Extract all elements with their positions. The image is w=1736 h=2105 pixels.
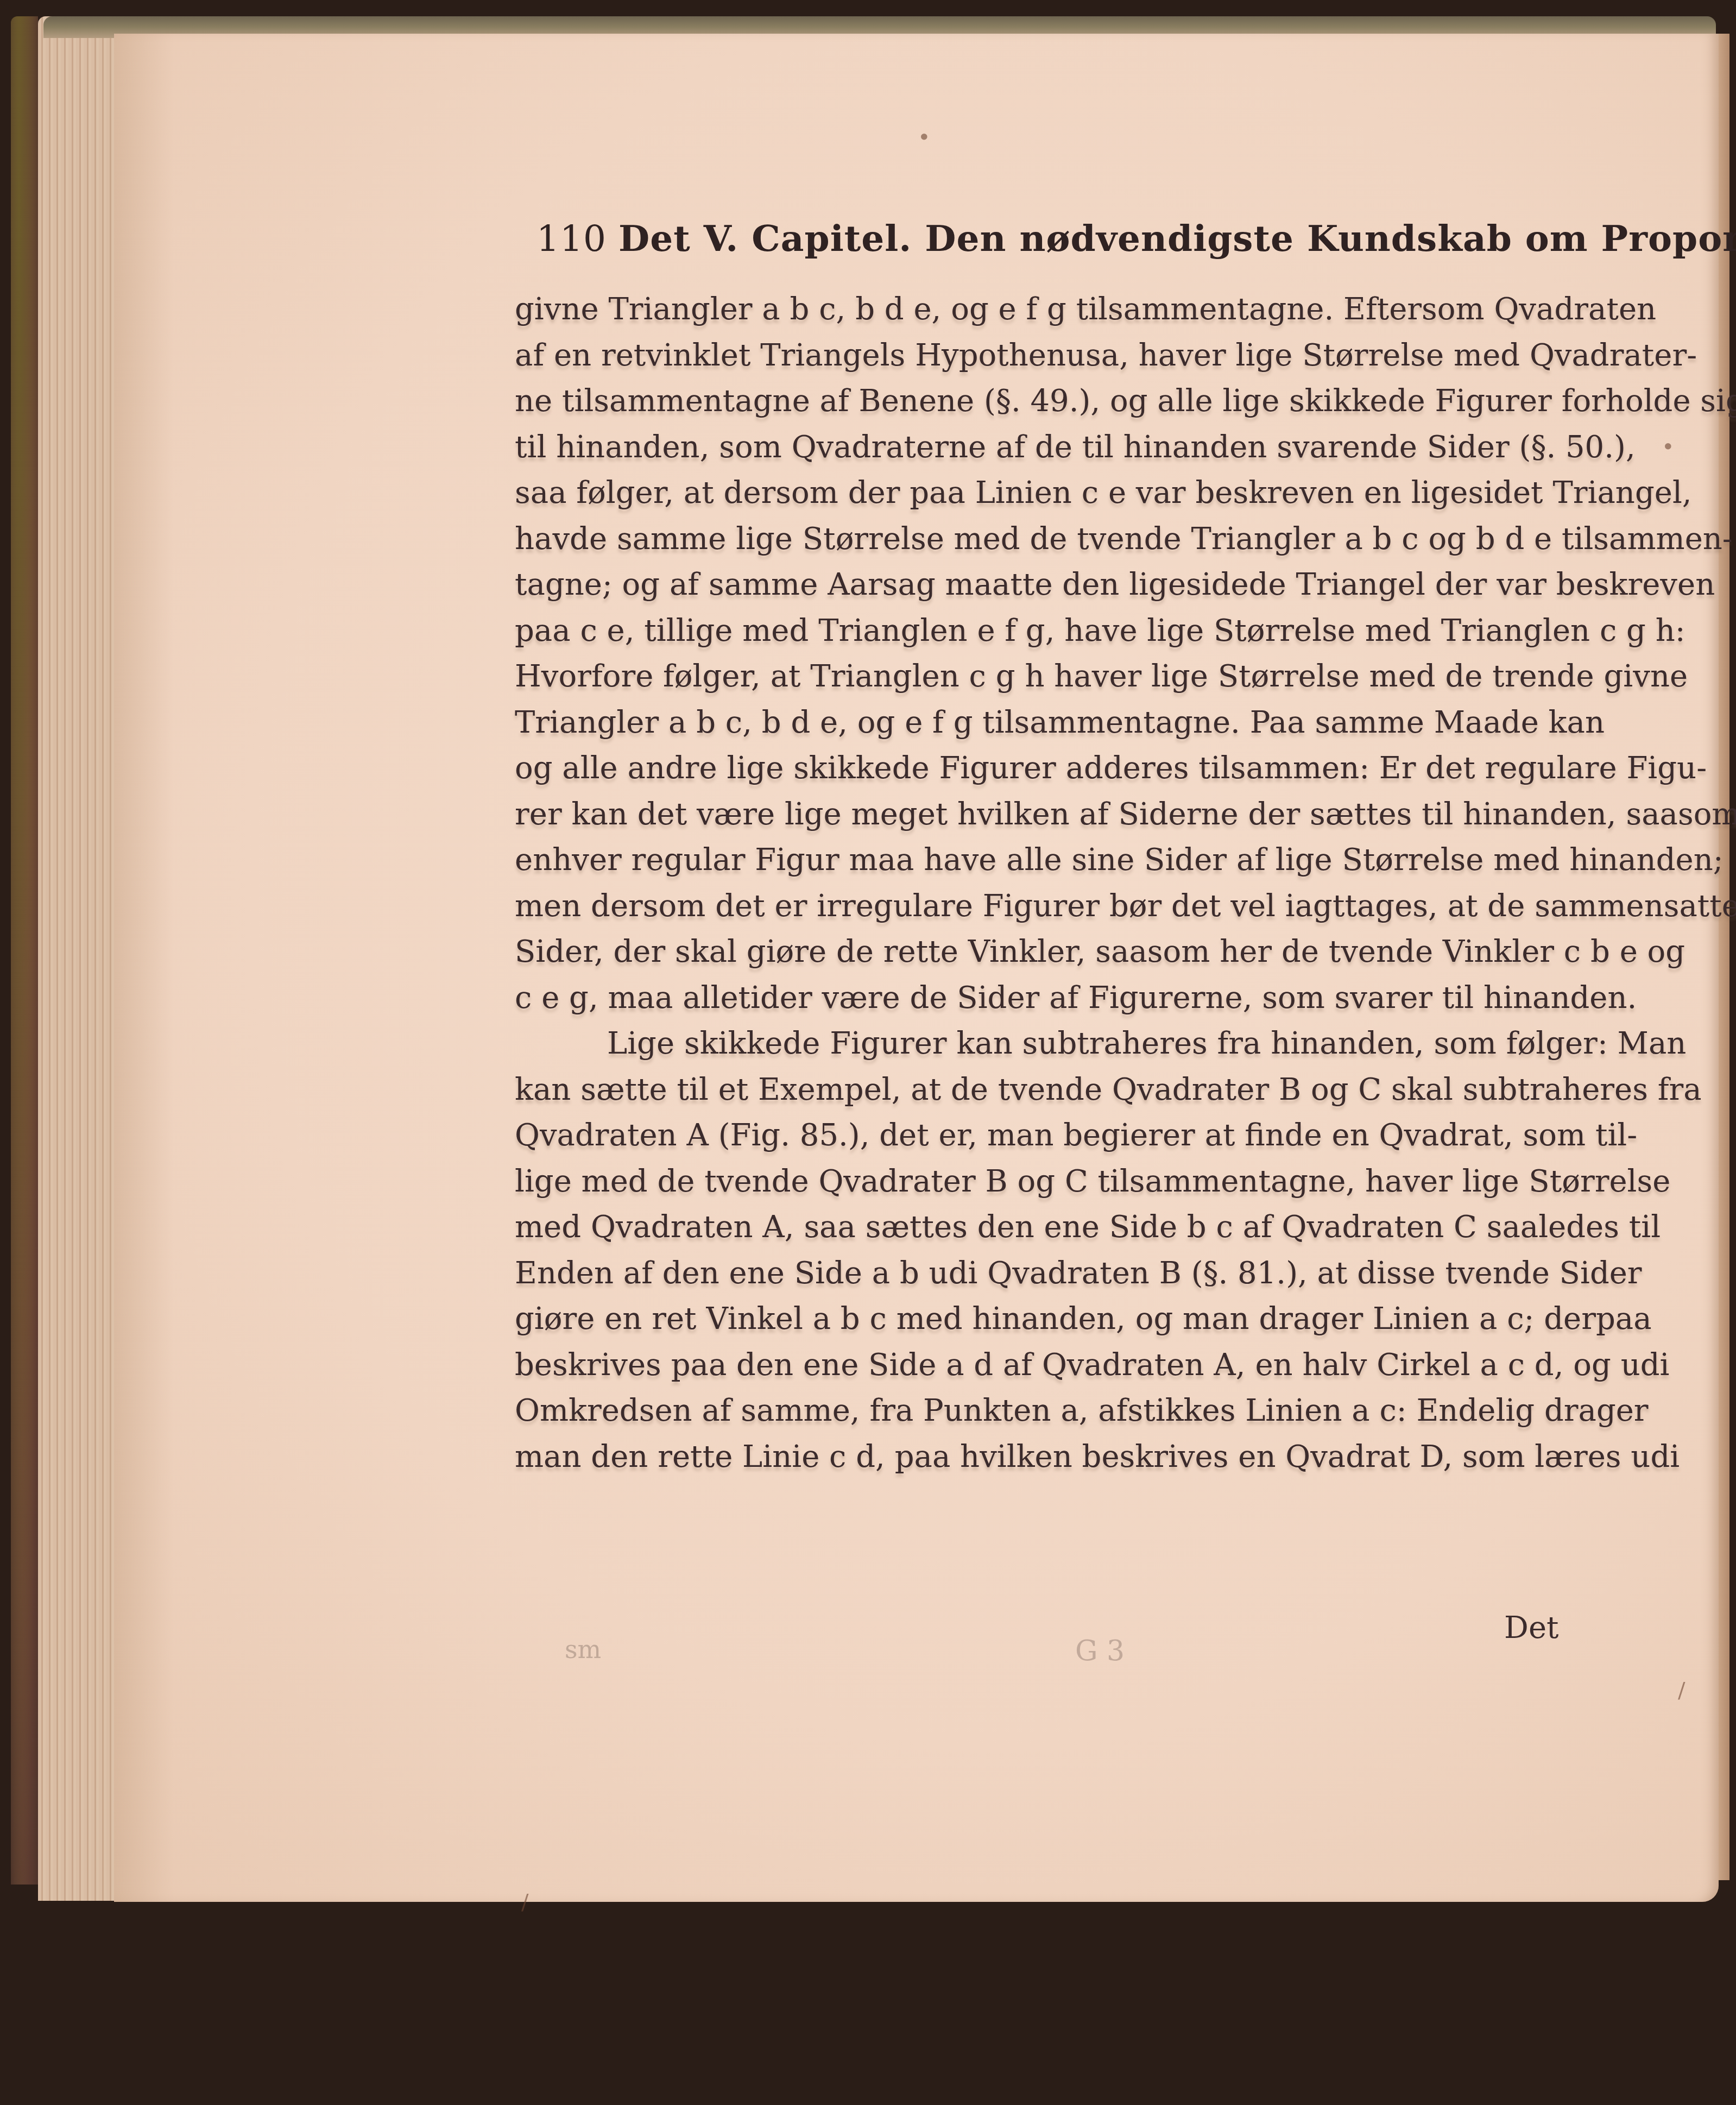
text-line: rer kan det være lige meget hvilken af S… bbox=[515, 792, 1574, 838]
text-line: til hinanden, som Qvadraterne af de til … bbox=[515, 425, 1574, 471]
text-line: af en retvinklet Triangels Hypothenusa, … bbox=[515, 333, 1574, 379]
chapter-title: Det V. Capitel. Den nødvendigste Kundska… bbox=[618, 217, 1736, 260]
text-line: paa c e, tillige med Trianglen e f g, ha… bbox=[515, 608, 1574, 654]
text-line: Sider, der skal giøre de rette Vinkler, … bbox=[515, 929, 1574, 975]
text-line: med Qvadraten A, saa sættes den ene Side… bbox=[515, 1205, 1574, 1251]
text-line: Triangler a b c, b d e, og e f g tilsamm… bbox=[515, 700, 1574, 746]
text-line: beskrives paa den ene Side a d af Qvadra… bbox=[515, 1343, 1574, 1389]
text-line: kan sætte til et Exempel, at de tvende Q… bbox=[515, 1067, 1574, 1113]
text-line: Enden af den ene Side a b udi Qvadraten … bbox=[515, 1251, 1574, 1297]
text-line-paragraph-start: Lige skikkede Figurer kan subtraheres fr… bbox=[515, 1021, 1574, 1067]
text-line: ne tilsammentagne af Benene (§. 49.), og… bbox=[515, 379, 1574, 425]
text-line: men dersom det er irregulare Figurer bør… bbox=[515, 884, 1574, 930]
paper-speck: / bbox=[521, 1890, 528, 1915]
text-line: enhver regular Figur maa have alle sine … bbox=[515, 837, 1574, 884]
paper-speck: / bbox=[1678, 1678, 1685, 1703]
show-through-text: sm bbox=[565, 1635, 601, 1664]
show-through-signature: G 3 bbox=[1075, 1635, 1125, 1667]
text-line: tagne; og af samme Aarsag maatte den lig… bbox=[515, 562, 1574, 608]
page-number: 110 bbox=[536, 218, 607, 260]
text-line: giøre en ret Vinkel a b c med hinanden, … bbox=[515, 1296, 1574, 1343]
text-line: Omkredsen af samme, fra Punkten a, afsti… bbox=[515, 1388, 1574, 1434]
text-line: man den rette Linie c d, paa hvilken bes… bbox=[515, 1434, 1574, 1480]
body-text: givne Triangler a b c, b d e, og e f g t… bbox=[515, 287, 1574, 1480]
text-line: saa følger, at dersom der paa Linien c e… bbox=[515, 470, 1574, 516]
page-right-edge bbox=[1719, 34, 1729, 1880]
text-line: lige med de tvende Qvadrater B og C tils… bbox=[515, 1159, 1574, 1205]
paper-speck: • bbox=[1662, 434, 1675, 459]
book-cover-marbled-edge bbox=[11, 16, 38, 1885]
paper-speck: • bbox=[918, 125, 931, 150]
running-head: 110Det V. Capitel. Den nødvendigste Kund… bbox=[536, 217, 1557, 260]
text-line: Qvadraten A (Fig. 85.), det er, man begi… bbox=[515, 1113, 1574, 1159]
text-line: havde samme lige Størrelse med de tvende… bbox=[515, 516, 1574, 563]
page-edge-stack bbox=[38, 16, 114, 1901]
text-line-paragraph-end: c e g, maa alletider være de Sider af Fi… bbox=[515, 975, 1574, 1022]
text-line: og alle andre lige skikkede Figurer adde… bbox=[515, 746, 1574, 792]
text-line: Hvorfore følger, at Trianglen c g h have… bbox=[515, 654, 1574, 700]
catchword: Det bbox=[1504, 1610, 1559, 1646]
text-line: givne Triangler a b c, b d e, og e f g t… bbox=[515, 287, 1574, 333]
